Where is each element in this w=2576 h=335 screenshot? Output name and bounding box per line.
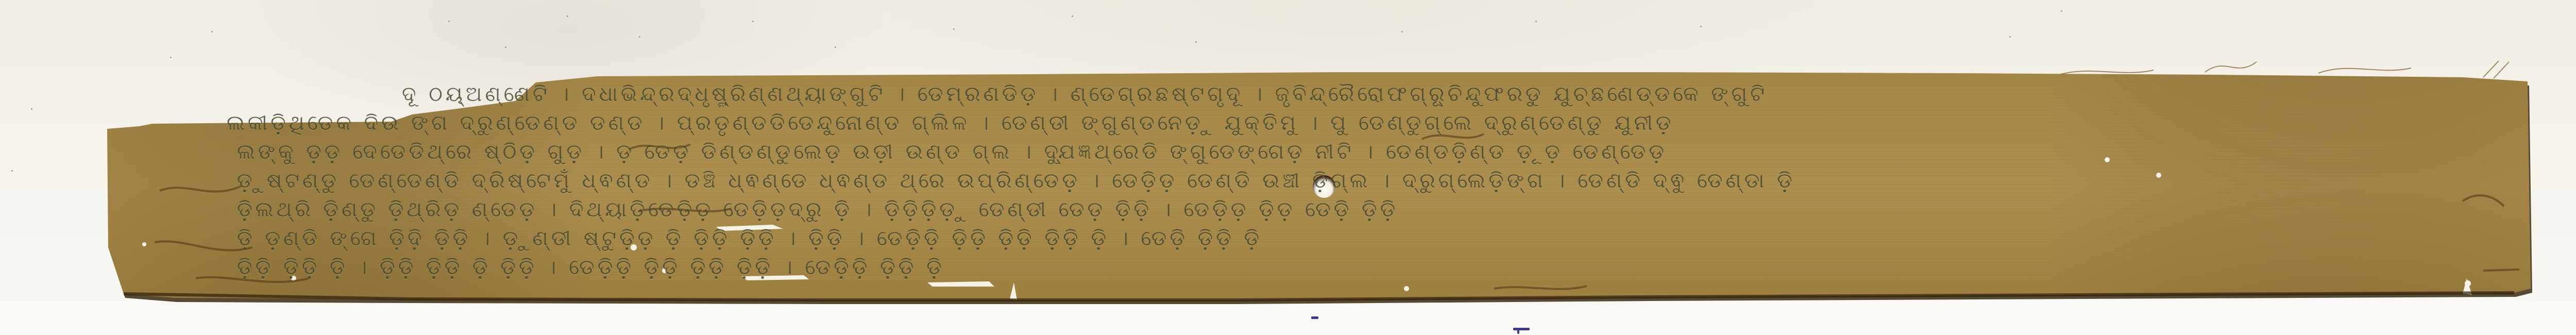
manuscript-line: ଦୂ ଠୟ୍ଅଣ୍ଣେଟି । ଦଧାଭିନ୍ଦ୍ରଦ୍ଧୃଷ୍ଟ୍ରିଣ୍ଣଥ… xyxy=(402,82,1768,107)
manuscript-photo: ଦୂ ଠୟ୍ଅଣ୍ଣେଟି । ଦଧାଭିନ୍ଦ୍ରଦ୍ଧୃଷ୍ଟ୍ରିଣ୍ଣଥ… xyxy=(0,0,2576,335)
blue-ink-mark xyxy=(1311,316,1318,319)
manuscript-line: ଲଙ୍କୁ ଡ଼ଡ଼ ଦେଡେଡିଥ୍ରେ ଷ୍ଠିଡ଼ ଗୁଡ଼ । ଡ଼ ଡ… xyxy=(237,140,1667,165)
manuscript-line: ଡ଼ି ଡ଼ଣ୍ଡି ଙ୍ଗେ ଡ଼ିଦ଼ି ଡ଼ିଡ଼ି । ଡ଼ୁଣ୍ଡୀ … xyxy=(237,227,1262,252)
manuscript-text: ଦୂ ଠୟ୍ଅଣ୍ଣେଟି । ଦଧାଭିନ୍ଦ୍ରଦ୍ଧୃଷ୍ଟ୍ରିଣ୍ଣଥ… xyxy=(185,82,2432,299)
manuscript-line: ଲକୀଡ଼ିଥିଡେକ ଦିଉ ଙ୍ଗ ଦ୍ରୁଣ୍ଡେଣ୍ଡ ଡଣ୍ଡ । ପ… xyxy=(227,111,1674,136)
blue-ink-mark xyxy=(1513,328,1530,330)
manuscript-line: ଡ଼ୁଷ୍ଟଣ୍ଡୁ ଡେଣ୍ଡେଣ୍ଡି ଦ୍ରିଷ୍ଟେମୁଁ ଧ୍ଵଣ୍ଡ… xyxy=(237,169,1795,194)
manuscript-line: ଡ଼ିଲଥ୍ରି ଡ଼ିଣ୍ଡୁ ଡ଼ିଥ୍ରିଡ଼ ଣ୍ଡେଡ଼ । ଦିଥ୍… xyxy=(237,198,1398,223)
manuscript-line: ଡ଼ିଡ଼ି ଡ଼ିଡ଼ି ଡ଼ି । ଡ଼ିଡ଼ି ଡ଼ିଡ଼ି ଡ଼ି ଡ଼… xyxy=(237,256,945,280)
blue-ink-mark xyxy=(1517,328,1519,334)
